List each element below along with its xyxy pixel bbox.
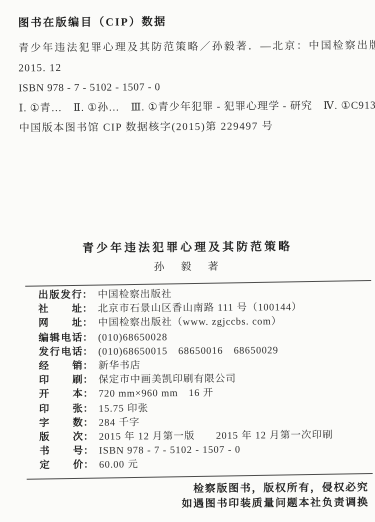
colophon-separator: ： [82, 290, 93, 301]
cip-classification-line: Ⅰ. ①青… Ⅱ. ①孙… Ⅲ. ①青少年犯罪 - 犯罪心理学 - 研究 Ⅳ. … [19, 100, 368, 117]
cip-title-line: 青少年违法犯罪心理及其防范策略／孙毅著．—北京：中国检察出版社， [18, 40, 367, 57]
colophon-label: 社址 [38, 303, 82, 318]
colophon-label: 书号 [39, 445, 83, 460]
colophon-separator: ： [82, 304, 93, 315]
colophon-separator: ： [82, 318, 93, 329]
colophon-value: (010)68650028 [98, 332, 168, 344]
copyright-notices: 检察版图书，版权所有，侵权必究 如遇图书印装质量问题本社负责调换 [2, 480, 375, 513]
colophon-label: 编辑电话 [39, 331, 83, 346]
bottom-divider [27, 473, 373, 480]
colophon-value: 2015 年 12 月第一版 2015 年 12 月第一次印刷 [99, 430, 333, 443]
colophon-value: 北京市石景山区香山南路 111 号（100144） [98, 302, 302, 315]
colophon-separator: ： [83, 403, 94, 414]
colophon-value: 中国检察出版社（www. zgjccbs. com） [98, 317, 282, 329]
colophon-separator: ： [83, 446, 94, 457]
colophon-value: 保定市中画美凯印刷有限公司 [98, 374, 236, 386]
cip-header: 图书在版编目（CIP）数据 [18, 12, 367, 31]
colophon-label: 印刷 [39, 374, 83, 389]
colophon-label: 开本 [39, 388, 83, 403]
quality-notice: 如遇图书印装质量问题本社负责调换 [2, 495, 369, 513]
colophon-row-price: 定价：60.00 元 [40, 457, 371, 474]
colophon-row-edition: 版次：2015 年 12 月第一版 2015 年 12 月第一次印刷 [39, 429, 370, 446]
colophon-value: 720 mm×960 mm 16 开 [99, 388, 214, 400]
colophon-label: 发行电话 [39, 346, 83, 361]
cip-data-block: 图书在版编目（CIP）数据 青少年违法犯罪心理及其防范策略／孙毅著．—北京：中国… [0, 0, 374, 136]
book-title: 青少年违法犯罪心理及其防范策略 [0, 240, 375, 258]
book-copyright-page: 图书在版编目（CIP）数据 青少年违法犯罪心理及其防范策略／孙毅著．—北京：中国… [0, 0, 375, 522]
colophon-label: 字数 [39, 417, 83, 432]
colophon-label: 版次 [39, 431, 83, 446]
colophon-separator: ： [83, 432, 94, 443]
colophon-label: 经销 [39, 360, 83, 375]
colophon-value: 15.75 印张 [99, 403, 149, 414]
cip-year-line: 2015. 12 [18, 60, 367, 77]
colophon-table: 出版发行：中国检察出版社 社址：北京市石景山区香山南路 111 号（100144… [0, 283, 375, 475]
colophon-value: 284 千字 [99, 417, 140, 428]
colophon-value: 新华书店 [98, 360, 140, 371]
colophon-value: 60.00 元 [99, 460, 138, 471]
colophon-separator: ： [83, 418, 94, 429]
colophon-label: 网址 [38, 317, 82, 332]
colophon-label: 定价 [40, 459, 84, 474]
colophon-separator: ： [83, 332, 94, 343]
colophon-separator: ： [83, 375, 94, 386]
colophon-separator: ： [83, 361, 94, 372]
colophon-separator: ： [84, 460, 95, 471]
colophon-label: 出版发行 [38, 289, 82, 304]
colophon-separator: ： [83, 389, 94, 400]
colophon-value: (010)68650015 68650016 68650029 [98, 345, 278, 357]
colophon-value: 中国检察出版社 [98, 289, 172, 301]
colophon-separator: ： [83, 347, 94, 358]
cip-record-number-line: 中国版本图书馆 CIP 数据核字(2015)第 229497 号 [19, 120, 368, 137]
colophon-value: ISBN 978 - 7 - 5102 - 1507 - 0 [99, 445, 241, 457]
book-author: 孙 毅 著 [0, 260, 375, 277]
cip-isbn-line: ISBN 978 - 7 - 5102 - 1507 - 0 [19, 80, 368, 97]
colophon-label: 印张 [39, 402, 83, 417]
title-block: 青少年违法犯罪心理及其防范策略 孙 毅 著 [0, 240, 375, 277]
